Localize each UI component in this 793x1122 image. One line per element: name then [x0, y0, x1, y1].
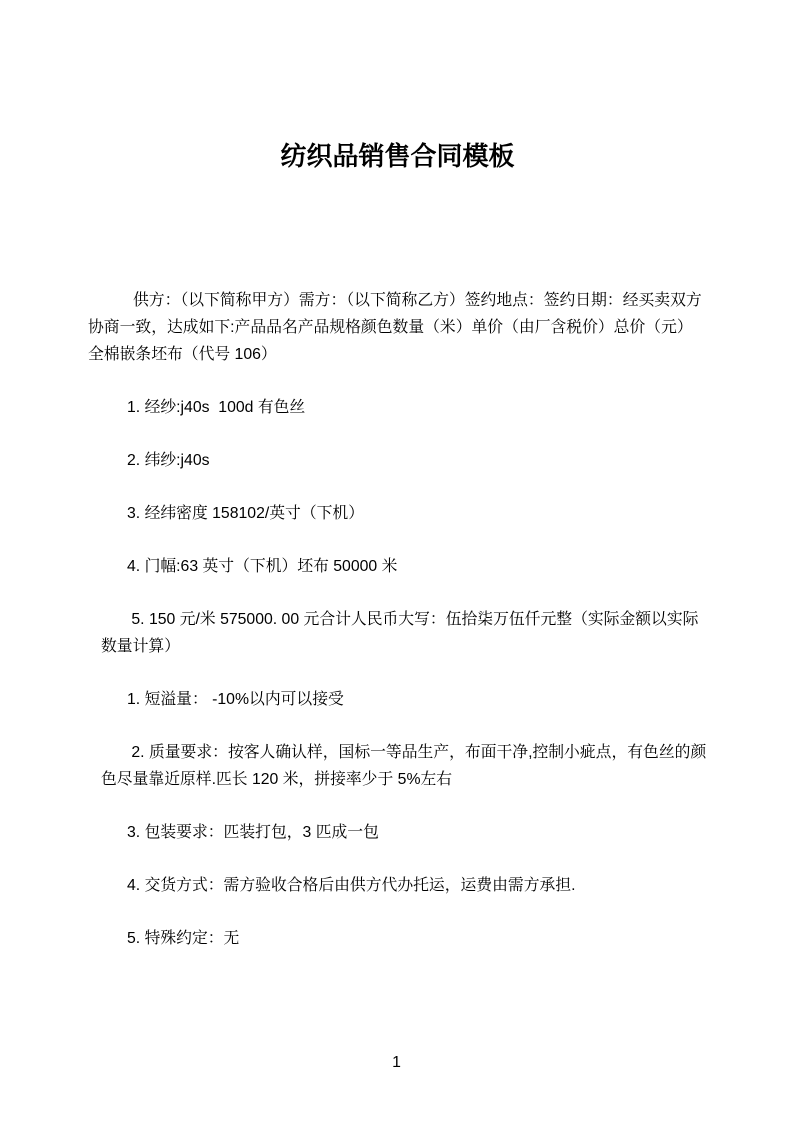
paragraph: 3. 经纬密度 158102/英寸（下机）: [101, 500, 707, 527]
page-footer: 1: [0, 1049, 793, 1076]
document-title: 纺织品销售合同模板: [88, 139, 707, 173]
paragraph: 5. 特殊约定：无: [101, 925, 707, 952]
paragraph: 4. 门幅:63 英寸（下机）坯布 50000 米: [101, 553, 707, 580]
paragraph: 2. 质量要求：按客人确认样，国标一等品生产，布面干净,控制小疵点，有色丝的颜色…: [101, 739, 707, 793]
paragraph: 1. 经纱:j40s 100d 有色丝: [101, 394, 707, 421]
document-body: 供方：（以下简称甲方）需方：（以下简称乙方）签约地点：签约日期：经买卖双方协商一…: [88, 287, 707, 952]
contract-page: 纺织品销售合同模板 供方：（以下简称甲方）需方：（以下简称乙方）签约地点：签约日…: [0, 0, 793, 1122]
paragraph: 5. 150 元/米 575000. 00 元合计人民币大写：伍拾柒万伍仟元整（…: [101, 606, 707, 660]
page-number: 1: [392, 1054, 401, 1071]
paragraph: 2. 纬纱:j40s: [101, 447, 707, 474]
paragraph: 3. 包装要求：匹装打包，3 匹成一包: [101, 819, 707, 846]
paragraph: 供方：（以下简称甲方）需方：（以下简称乙方）签约地点：签约日期：经买卖双方协商一…: [88, 287, 707, 368]
paragraph: 4. 交货方式：需方验收合格后由供方代办托运，运费由需方承担.: [101, 872, 707, 899]
paragraph: 1. 短溢量： -10%以内可以接受: [101, 686, 707, 713]
